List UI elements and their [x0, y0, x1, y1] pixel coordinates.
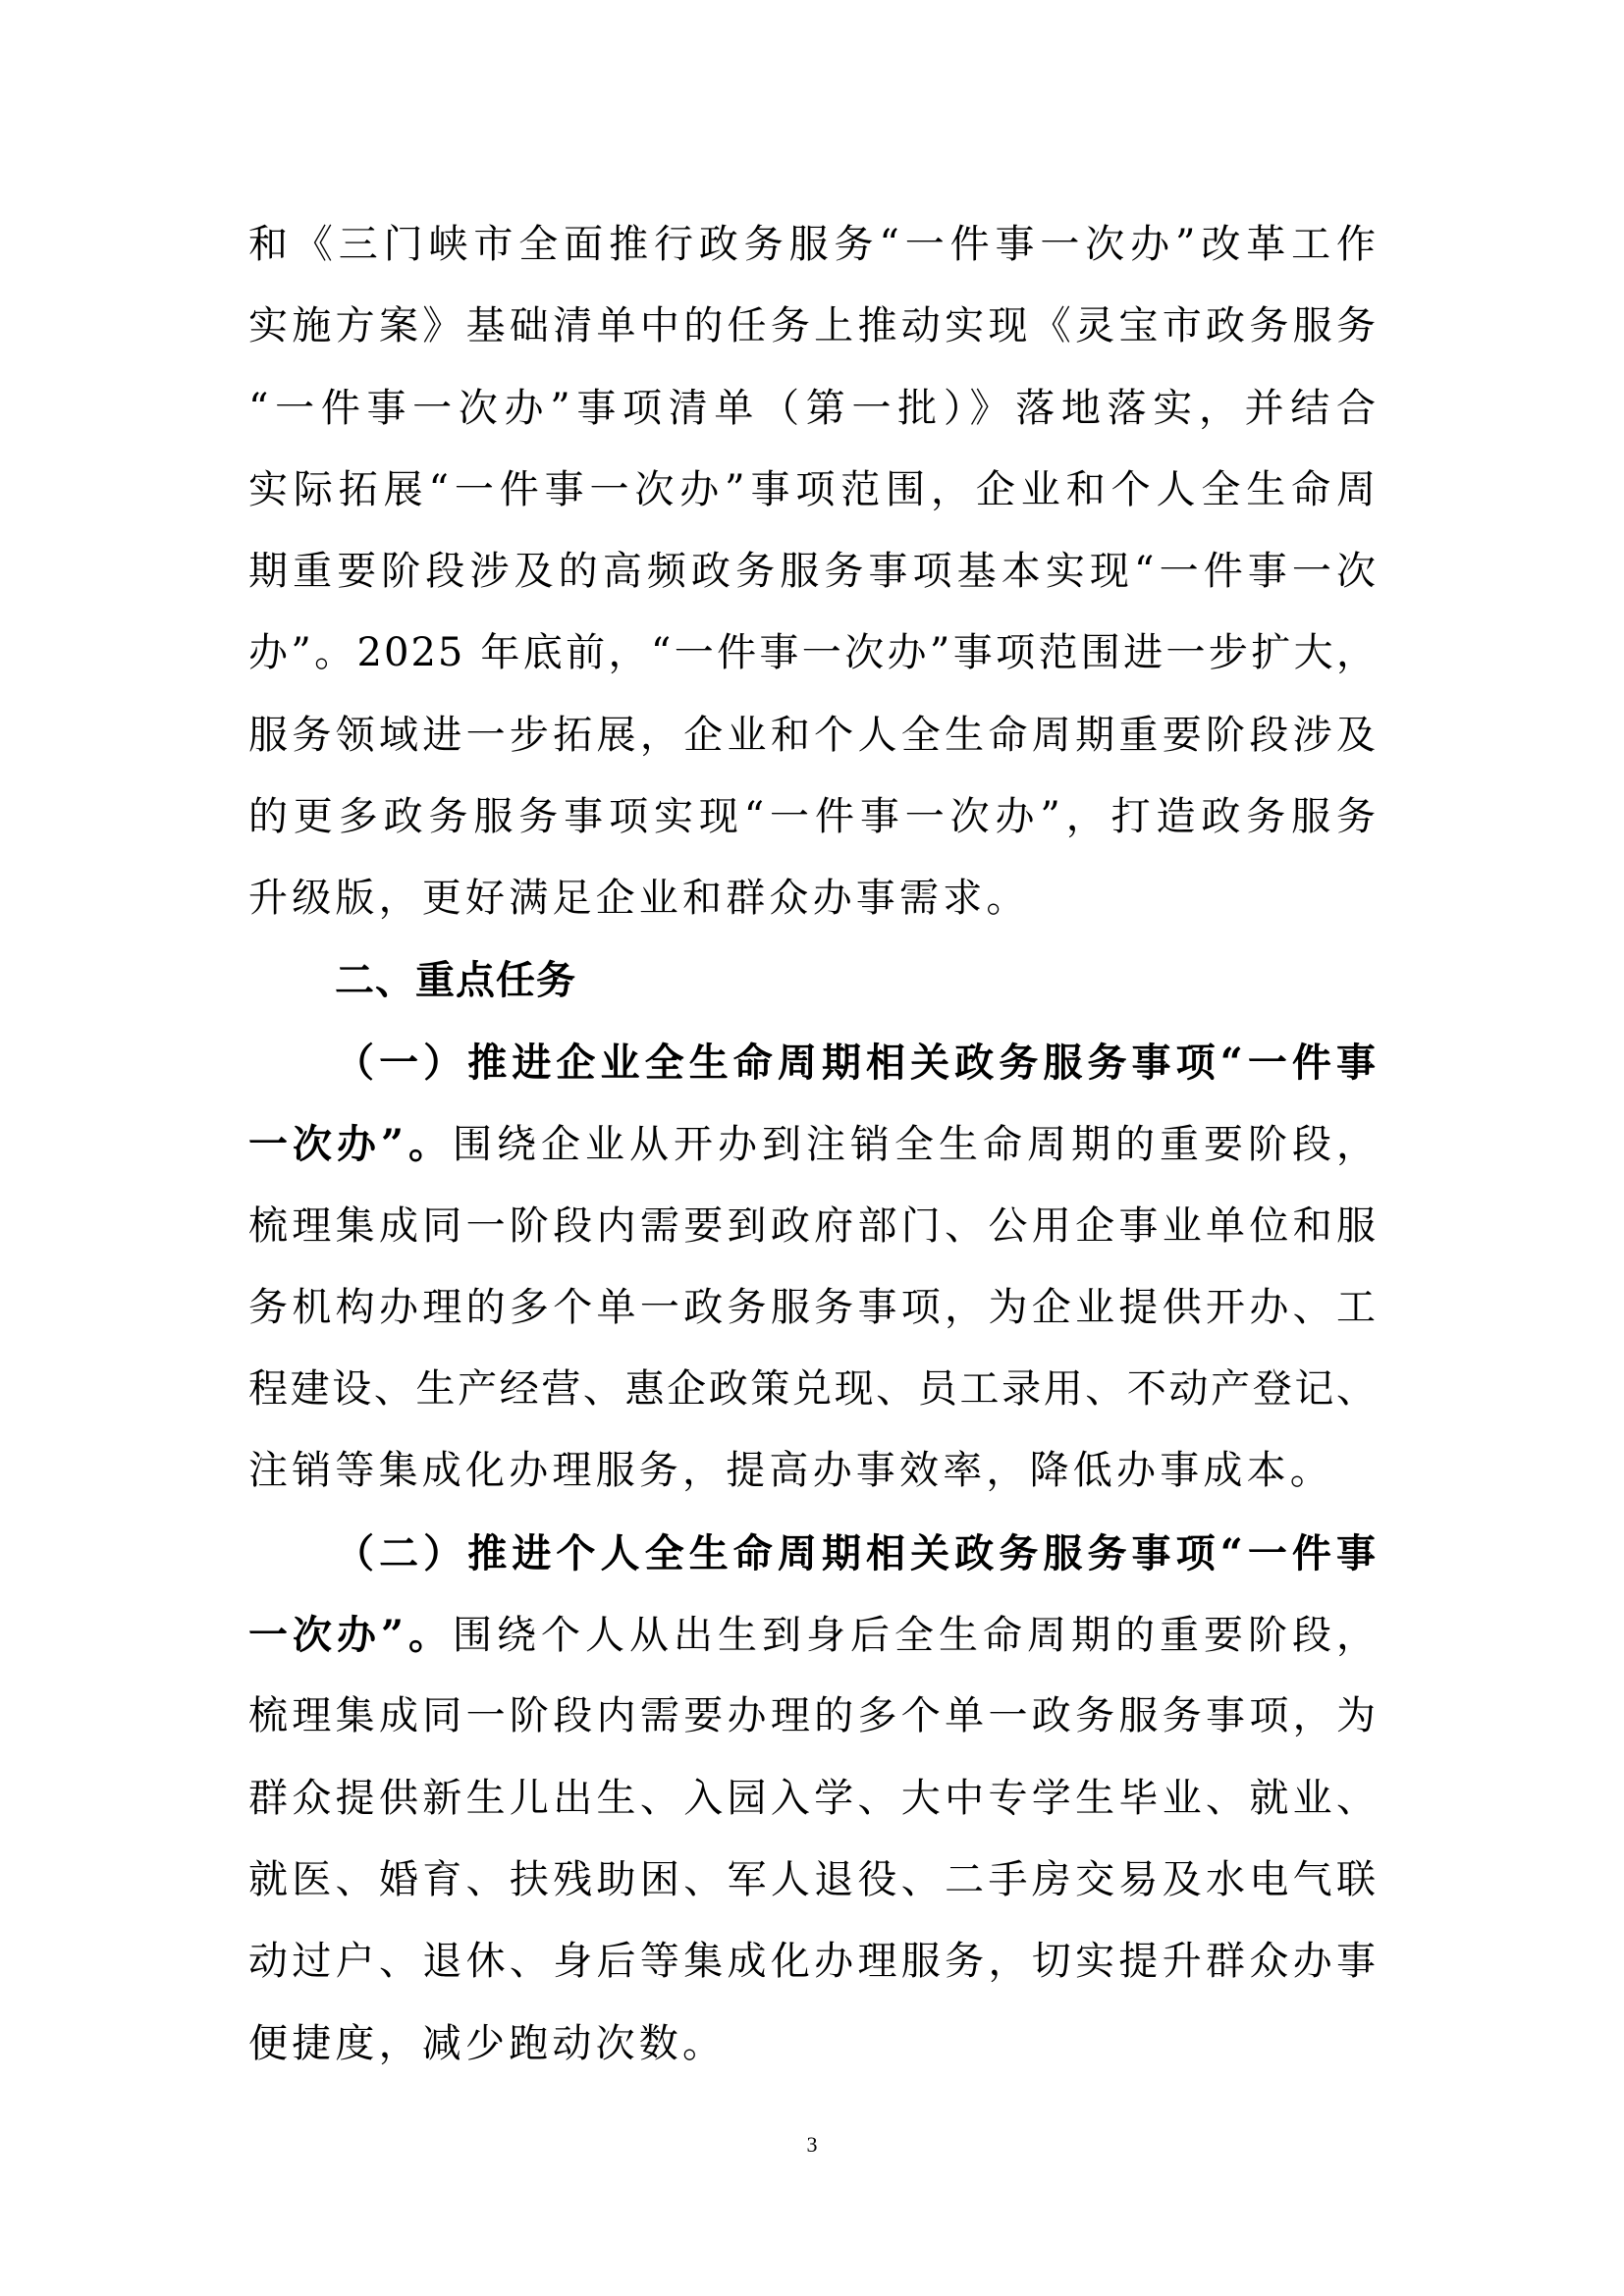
- text-line: 便捷度，减少跑动次数。: [248, 2003, 1378, 2085]
- task-title-end: 一次办”。: [248, 1121, 453, 1167]
- text-line: 期重要阶段涉及的高频政务服务事项基本实现“一件事一次: [248, 531, 1378, 613]
- page-number: 3: [0, 2130, 1624, 2160]
- task-title-end: 一次办”。: [248, 1612, 453, 1658]
- task-title-line: （二）推进个人全生命周期相关政务服务事项“一件事: [248, 1513, 1378, 1594]
- body-text: 和《三门峡市全面推行政务服务“一件事一次办”改革工作 实施方案》基础清单中的任务…: [248, 204, 1378, 2085]
- text-line: 服务领域进一步拓展，企业和个人全生命周期重要阶段涉及: [248, 695, 1378, 776]
- text-line: 升级版，更好满足企业和群众办事需求。: [248, 858, 1378, 939]
- paragraph-task-enterprise: （一）推进企业全生命周期相关政务服务事项“一件事 一次办”。围绕企业从开办到注销…: [248, 1022, 1378, 1513]
- text-line: 就医、婚育、扶残助困、军人退役、二手房交易及水电气联: [248, 1840, 1378, 1921]
- text-line: 办”。2025 年底前，“一件事一次办”事项范围进一步扩大，: [248, 613, 1378, 694]
- task-body-start: 围绕个人从出生到身后全生命周期的重要阶段，: [453, 1613, 1378, 1658]
- text-line: 务机构办理的多个单一政务服务事项，为企业提供开办、工: [248, 1267, 1378, 1349]
- text-line: 实际拓展“一件事一次办”事项范围，企业和个人全生命周: [248, 450, 1378, 531]
- task-body-start: 围绕企业从开办到注销全生命周期的重要阶段，: [453, 1122, 1378, 1167]
- text-line: 梳理集成同一阶段内需要到政府部门、公用企事业单位和服: [248, 1186, 1378, 1267]
- text-line: 群众提供新生儿出生、入园入学、大中专学生毕业、就业、: [248, 1758, 1378, 1840]
- paragraph-goals-continuation: 和《三门峡市全面推行政务服务“一件事一次办”改革工作 实施方案》基础清单中的任务…: [248, 204, 1378, 940]
- text-line: 梳理集成同一阶段内需要办理的多个单一政务服务事项，为: [248, 1676, 1378, 1757]
- task-title-line: （一）推进企业全生命周期相关政务服务事项“一件事: [248, 1022, 1378, 1103]
- text-line: 实施方案》基础清单中的任务上推动实现《灵宝市政务服务: [248, 286, 1378, 367]
- text-line: 和《三门峡市全面推行政务服务“一件事一次办”改革工作: [248, 204, 1378, 286]
- text-line: “一件事一次办”事项清单（第一批）》落地落实，并结合: [248, 368, 1378, 450]
- text-line: 注销等集成化办理服务，提高办事效率，降低办事成本。: [248, 1430, 1378, 1512]
- text-line: 的更多政务服务事项实现“一件事一次办”，打造政务服务: [248, 776, 1378, 858]
- text-line: 程建设、生产经营、惠企政策兑现、员工录用、不动产登记、: [248, 1349, 1378, 1430]
- paragraph-task-individual: （二）推进个人全生命周期相关政务服务事项“一件事 一次办”。围绕个人从出生到身后…: [248, 1513, 1378, 2085]
- document-page: 和《三门峡市全面推行政务服务“一件事一次办”改革工作 实施方案》基础清单中的任务…: [0, 0, 1624, 2296]
- text-line: 一次办”。围绕企业从开办到注销全生命周期的重要阶段，: [248, 1103, 1378, 1185]
- text-line: 动过户、退休、身后等集成化办理服务，切实提升群众办事: [248, 1921, 1378, 2002]
- section-heading: 二、重点任务: [248, 940, 1378, 1022]
- text-line: 一次办”。围绕个人从出生到身后全生命周期的重要阶段，: [248, 1594, 1378, 1676]
